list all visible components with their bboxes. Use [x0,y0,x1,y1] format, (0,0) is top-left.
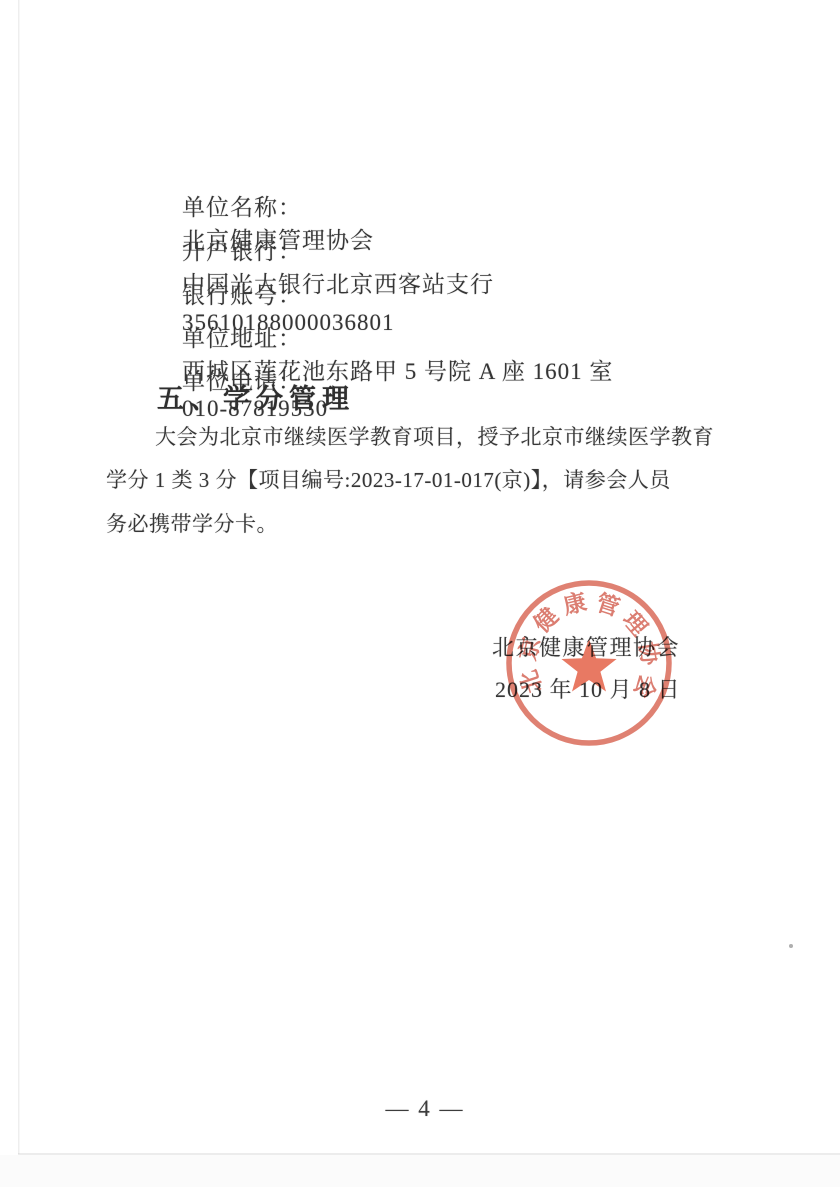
paragraph-line: 大会为北京市继续医学教育项目，授予北京市继续医学教育 [155,421,714,451]
section-heading: 五、学分管理 [157,377,355,416]
seal-char: 会 [629,671,662,702]
scan-speck [789,944,793,948]
seal-graphic: 北 京 健 康 管 理 协 会 [494,568,684,758]
seal-star-icon [561,639,616,692]
seal-char: 协 [635,640,664,668]
seal-char: 管 [593,589,623,621]
paragraph-line: 学分 1 类 3 分【项目编号:2023-17-01-017(京)】，请参会人员 [106,464,671,494]
official-seal-stamp: 北 京 健 康 管 理 协 会 [494,568,684,758]
paragraph-line: 务必携带学分卡。 [106,508,278,538]
page-number: — 4 — [20,1096,830,1122]
scan-margin-area [0,1155,840,1187]
seal-char: 京 [514,635,545,663]
scan-edge-left [18,0,20,1154]
scanned-document-page: 单位名称： 北京健康管理协会 开户银行： 中国光大银行北京西客站支行 银行账号：… [0,0,840,1187]
seal-char: 康 [561,588,589,619]
seal-char: 北 [515,667,547,697]
